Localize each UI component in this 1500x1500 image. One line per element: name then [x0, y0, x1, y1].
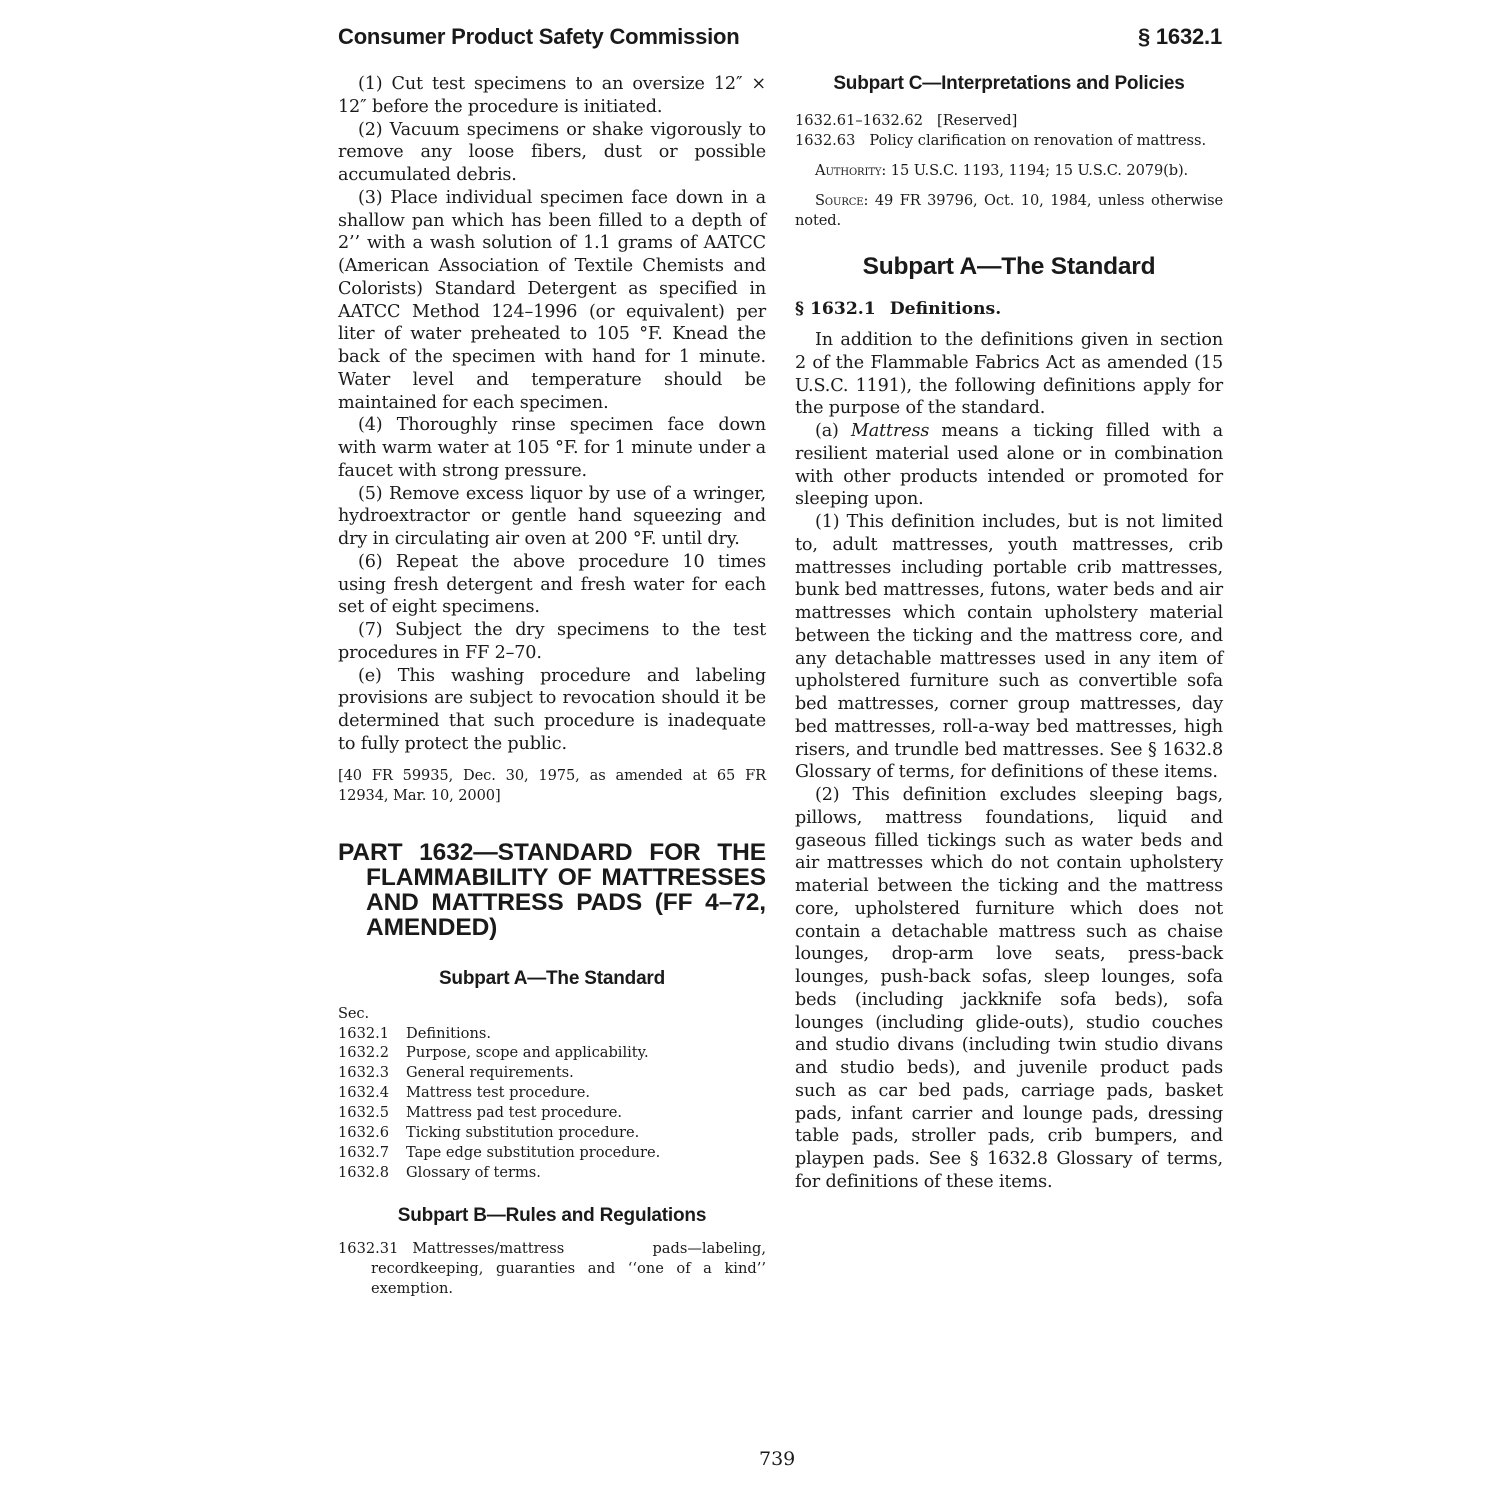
page-number: 739: [759, 1448, 795, 1470]
paragraph-step-7: (7) Subject the dry specimens to the tes…: [338, 619, 766, 665]
toc-item[interactable]: 1632.8Glossary of terms.: [338, 1163, 766, 1183]
toc-item[interactable]: 1632.3General requirements.: [338, 1063, 766, 1083]
paragraph-step-6: (6) Repeat the above procedure 10 times …: [338, 551, 766, 619]
definition-a-2: (2) This definition excludes sleeping ba…: [795, 784, 1223, 1194]
toc-subpart-c: 1632.61–1632.62[Reserved] 1632.63Policy …: [795, 111, 1223, 151]
subpart-c-heading: Subpart C—Interpretations and Policies: [795, 73, 1223, 95]
definitions-intro: In addition to the definitions given in …: [795, 329, 1223, 420]
section-heading: § 1632.1Definitions.: [795, 299, 1223, 319]
paragraph-step-4: (4) Thoroughly rinse specimen face down …: [338, 414, 766, 482]
paragraph-step-2: (2) Vacuum specimens or shake vigorously…: [338, 119, 766, 187]
subpart-b-heading: Subpart B—Rules and Regulations: [338, 1205, 766, 1227]
toc-item[interactable]: 1632.31Mattresses/mattress pads—labeling…: [338, 1239, 766, 1299]
paragraph-e: (e) This washing procedure and labeling …: [338, 665, 766, 756]
running-head-section: § 1632.1: [1138, 24, 1222, 50]
toc-item[interactable]: 1632.6Ticking substitution procedure.: [338, 1123, 766, 1143]
subpart-a-heading: Subpart A—The Standard: [795, 253, 1223, 281]
citation-note: [40 FR 59935, Dec. 30, 1975, as amended …: [338, 766, 766, 806]
toc-item[interactable]: 1632.5Mattress pad test procedure.: [338, 1103, 766, 1123]
subpart-a-heading-toc: Subpart A—The Standard: [338, 968, 766, 990]
sec-label: Sec.: [338, 1004, 766, 1024]
toc-subpart-a: 1632.1Definitions. 1632.2Purpose, scope …: [338, 1024, 766, 1183]
toc-item[interactable]: 1632.1Definitions.: [338, 1024, 766, 1044]
defined-term: Mattress: [851, 421, 929, 441]
paragraph-step-5: (5) Remove excess liquor by use of a wri…: [338, 483, 766, 551]
part-title: PART 1632—STANDARD FOR THE FLAMMABILITY …: [338, 840, 766, 940]
paragraph-step-1: (1) Cut test specimens to an oversize 12…: [338, 73, 766, 119]
running-head-agency: Consumer Product Safety Commission: [338, 24, 740, 50]
toc-item[interactable]: 1632.63Policy clarification on renovatio…: [795, 131, 1223, 151]
definition-a: (a) Mattress means a ticking filled with…: [795, 420, 1223, 511]
definition-a-1: (1) This definition includes, but is not…: [795, 511, 1223, 784]
authority-note: Authority: 15 U.S.C. 1193, 1194; 15 U.S.…: [795, 161, 1223, 181]
source-note: Source: 49 FR 39796, Oct. 10, 1984, unle…: [795, 191, 1223, 231]
right-column: Subpart C—Interpretations and Policies 1…: [795, 73, 1223, 1194]
toc-item[interactable]: 1632.4Mattress test procedure.: [338, 1083, 766, 1103]
left-column: (1) Cut test specimens to an oversize 12…: [338, 73, 766, 1299]
toc-item[interactable]: 1632.61–1632.62[Reserved]: [795, 111, 1223, 131]
toc-item[interactable]: 1632.7Tape edge substitution procedure.: [338, 1143, 766, 1163]
toc-item[interactable]: 1632.2Purpose, scope and applicability.: [338, 1043, 766, 1063]
paragraph-step-3: (3) Place individual specimen face down …: [338, 187, 766, 415]
